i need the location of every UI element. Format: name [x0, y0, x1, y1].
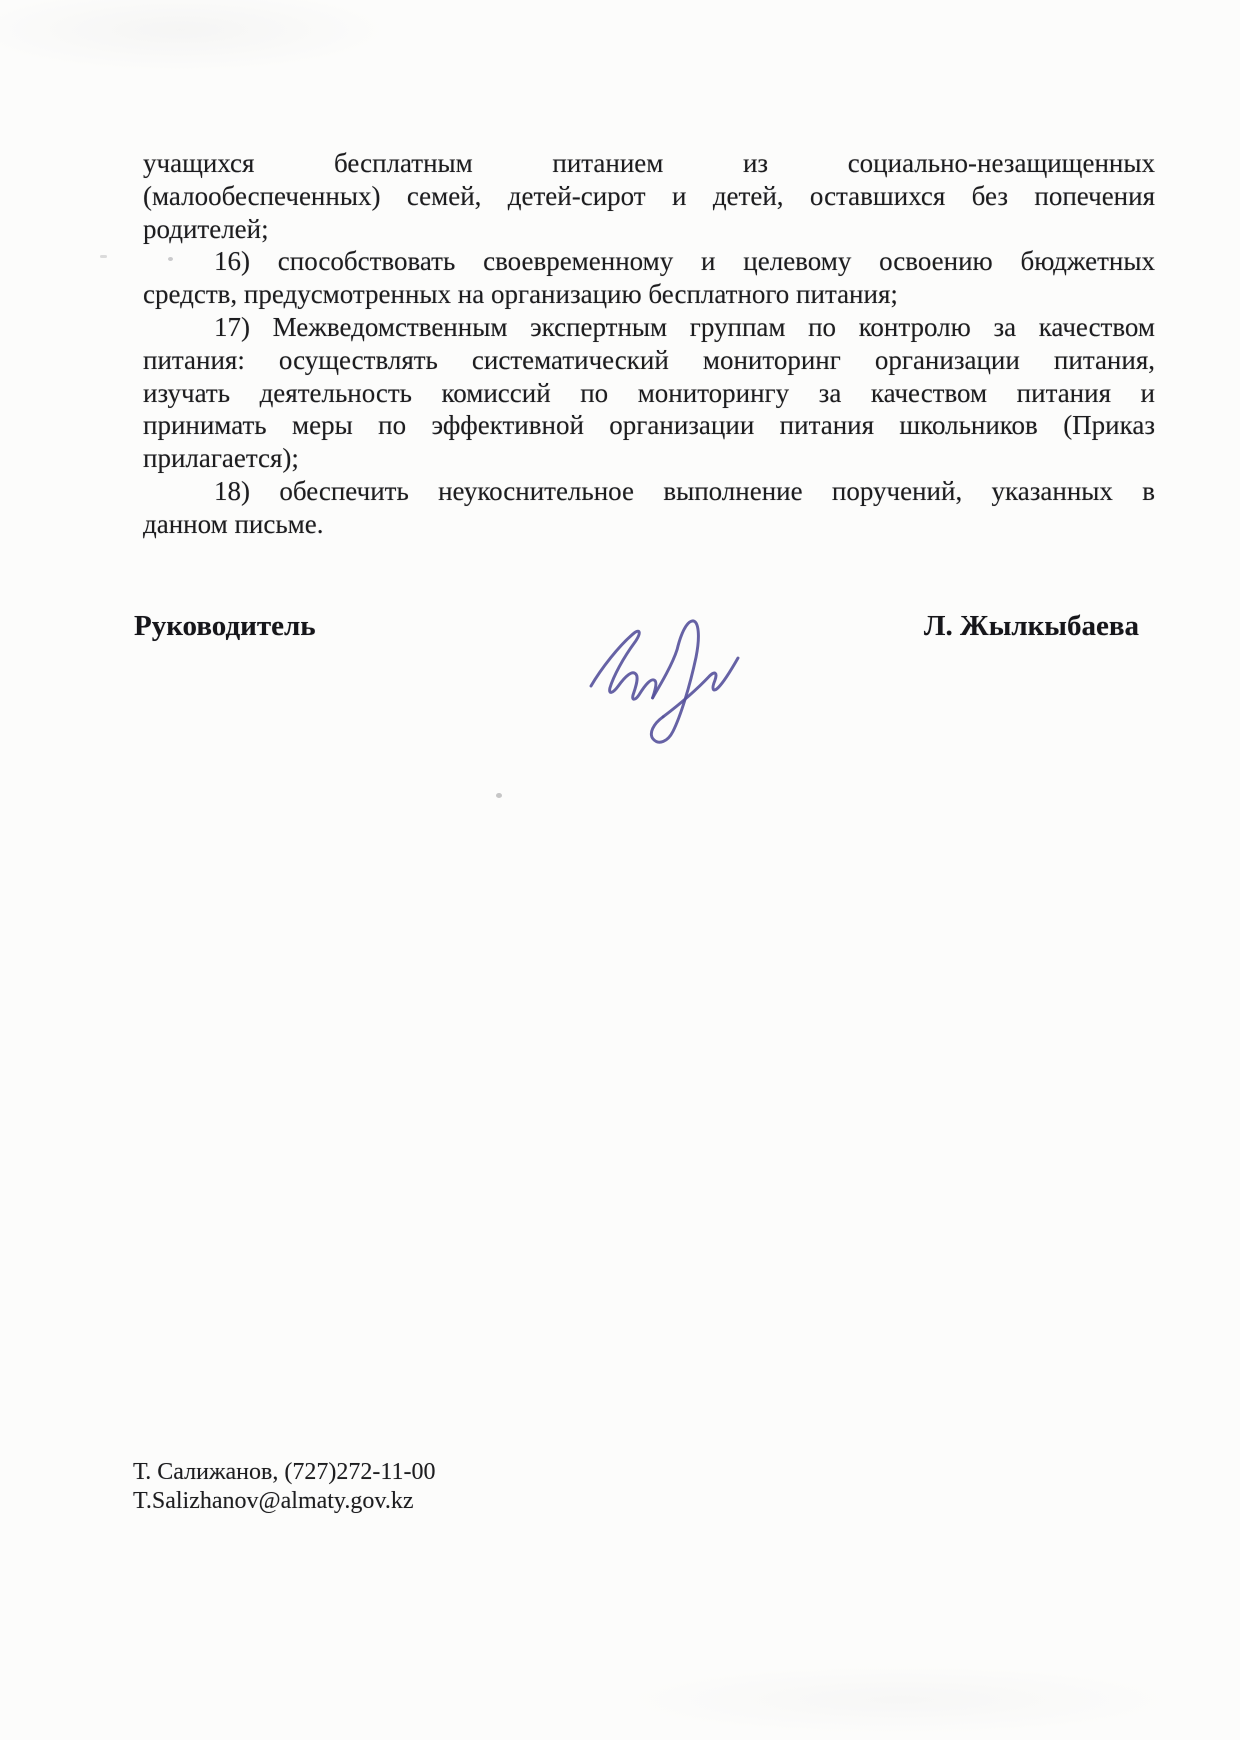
- paragraph-continuation: учащихся бесплатным питанием из социальн…: [143, 147, 1155, 245]
- paragraph-item-17: 17) Межведомственным экспертным группам …: [143, 311, 1155, 475]
- paragraph-item-18: 18) обеспечить неукоснительное выполнени…: [143, 475, 1155, 541]
- signature-stroke: [663, 658, 738, 717]
- body-text-line: средств, предусмотренных на организацию …: [143, 278, 1155, 311]
- body-text-line: 16) способствовать своевременному и целе…: [143, 245, 1155, 278]
- body-text-line: прилагается);: [143, 442, 1155, 475]
- scan-speck: [168, 257, 173, 261]
- scan-speck: [496, 793, 502, 798]
- executor-email: T.Salizhanov@almaty.gov.kz: [133, 1487, 435, 1516]
- scan-speck: [100, 255, 107, 258]
- body-text-line: изучать деятельность комиссий по монитор…: [143, 377, 1155, 410]
- body-text-line: питания: осуществлять систематический мо…: [143, 344, 1155, 377]
- body-text-line: 17) Межведомственным экспертным группам …: [143, 311, 1155, 344]
- body-text-line: родителей;: [143, 213, 1155, 246]
- signature-stroke: [591, 631, 656, 699]
- handwritten-signature: [570, 602, 745, 749]
- letter-body: учащихся бесплатным питанием из социальн…: [143, 147, 1155, 541]
- executor-name-phone: Т. Салижанов, (727)272-11-00: [133, 1458, 435, 1487]
- body-text-line: принимать меры по эффективной организаци…: [143, 409, 1155, 442]
- body-text-line: (малообеспеченных) семей, детей-сирот и …: [143, 180, 1155, 213]
- scanned-letter-page: учащихся бесплатным питанием из социальн…: [0, 0, 1240, 1740]
- signature-stroke: [651, 621, 698, 742]
- body-text-line: данном письме.: [143, 508, 1155, 541]
- body-text-line: 18) обеспечить неукоснительное выполнени…: [143, 475, 1155, 508]
- paragraph-item-16: 16) способствовать своевременному и целе…: [143, 245, 1155, 311]
- signer-name: Л. Жылкыбаева: [924, 610, 1155, 643]
- executor-contacts: Т. Салижанов, (727)272-11-00 T.Salizhano…: [133, 1458, 435, 1515]
- signer-title: Руководитель: [134, 610, 316, 643]
- body-text-line: учащихся бесплатным питанием из социальн…: [143, 147, 1155, 180]
